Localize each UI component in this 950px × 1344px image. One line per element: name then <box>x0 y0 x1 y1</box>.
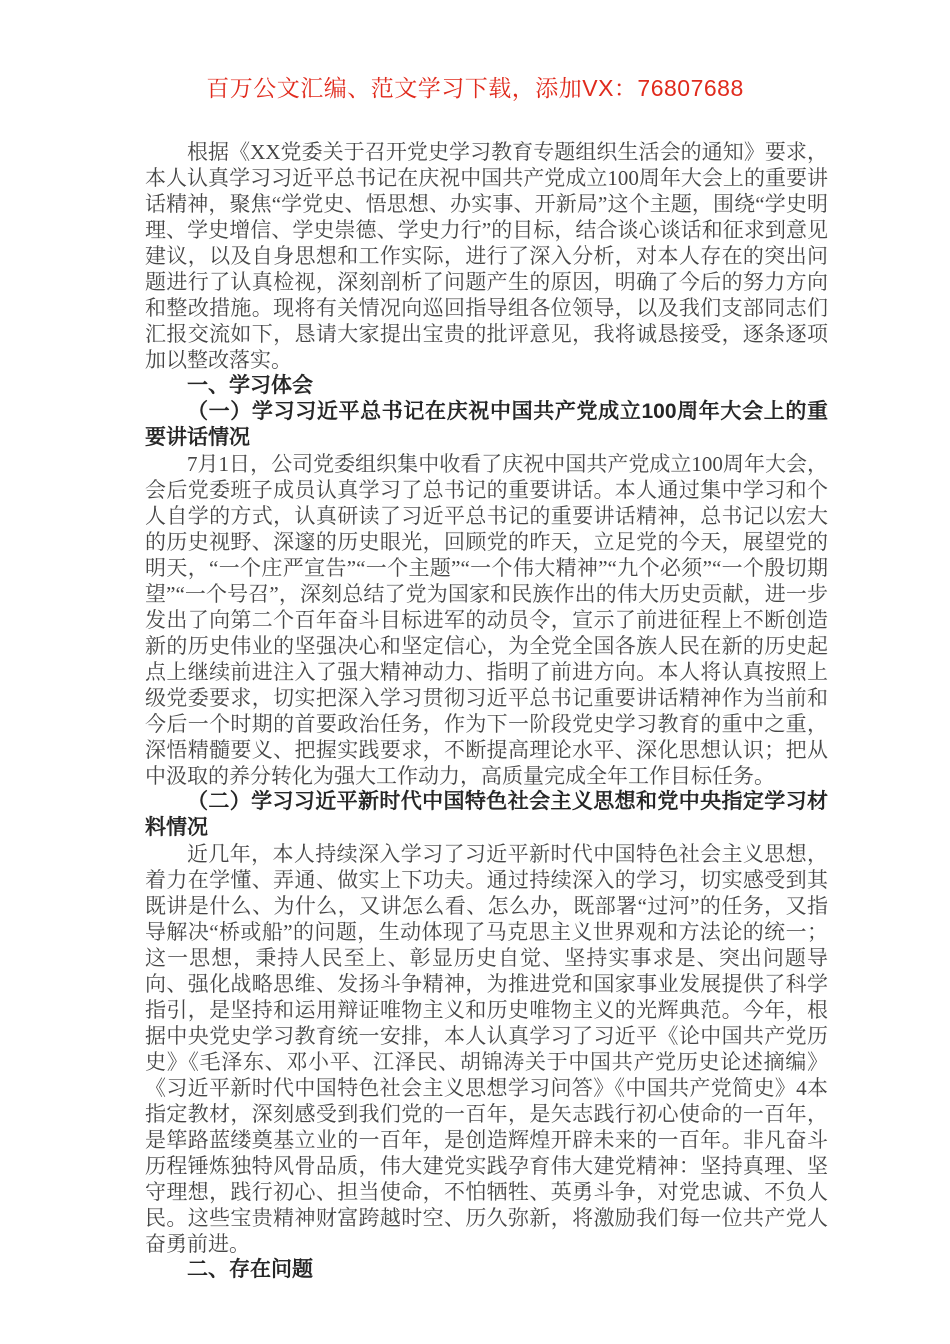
section-heading: （一）学习习近平总书记在庆祝中国共产党成立100周年大会上的重要讲话情况 <box>145 399 828 451</box>
document-body: 根据《XX党委关于召开党史学习教育专题组织生活会的通知》要求，本人认真学习习近平… <box>145 139 828 1283</box>
paragraph: 近几年，本人持续深入学习了习近平新时代中国特色社会主义思想，着力在学懂、弄通、做… <box>145 841 828 1257</box>
section-heading: （二）学习习近平新时代中国特色社会主义思想和党中央指定学习材料情况 <box>145 789 828 841</box>
document-page: 百万公文汇编、范文学习下载，添加VX：76807688 根据《XX党委关于召开党… <box>0 0 950 1344</box>
paragraph: 7月1日，公司党委组织集中收看了庆祝中国共产党成立100周年大会，会后党委班子成… <box>145 451 828 789</box>
paragraph: 根据《XX党委关于召开党史学习教育专题组织生活会的通知》要求，本人认真学习习近平… <box>145 139 828 373</box>
watermark-header: 百万公文汇编、范文学习下载，添加VX：76807688 <box>0 0 950 103</box>
section-heading: 一、学习体会 <box>145 373 828 399</box>
section-heading: 二、存在问题 <box>145 1257 828 1283</box>
